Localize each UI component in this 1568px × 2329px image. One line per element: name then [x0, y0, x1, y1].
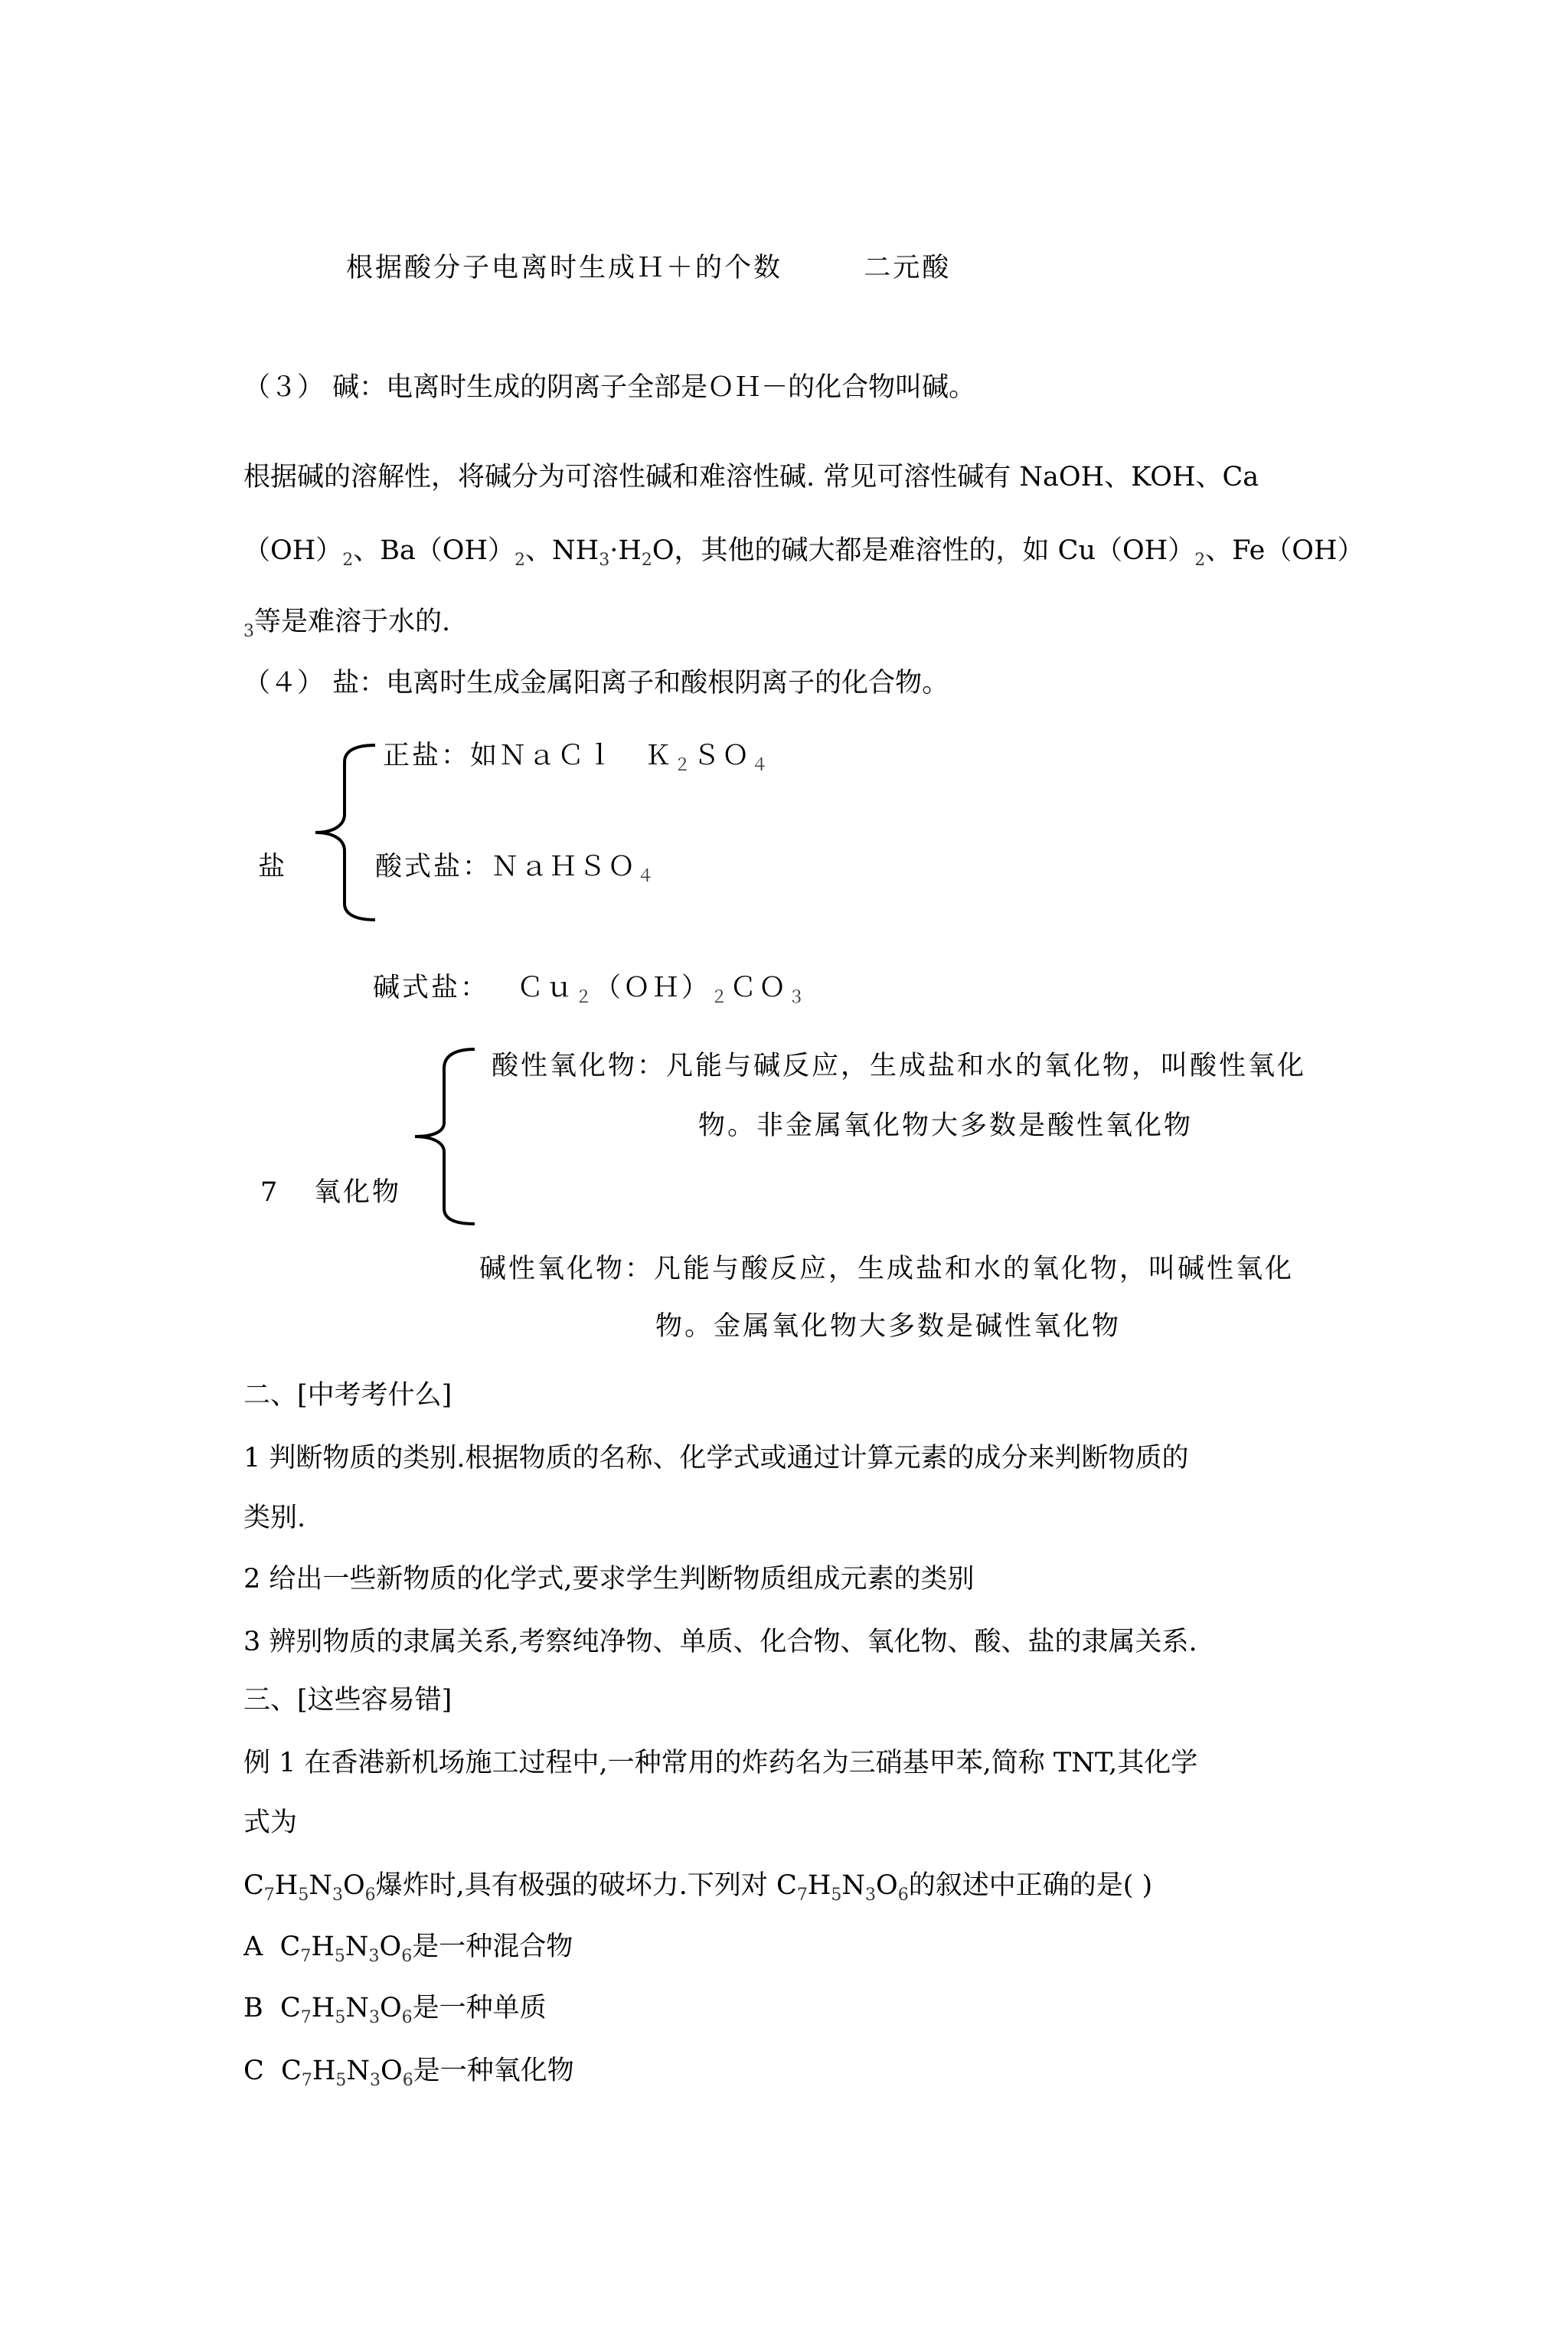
formula-text: ＣＯ	[730, 973, 788, 1003]
formula-tnt: C7H5N3O6	[280, 1993, 413, 2023]
normal-salt-label: 正盐：如	[383, 741, 499, 771]
oxide-number: 7	[260, 1176, 277, 1209]
salt-brace-icon	[291, 735, 383, 934]
option-text: 是一种氧化物	[413, 2056, 574, 2086]
base-para-line-1: 根据碱的溶解性，将碱分为可溶性碱和难溶性碱. 常见可溶性碱有 NaOH、KOH、…	[243, 460, 1259, 494]
formula-text: Ｋ	[645, 741, 674, 771]
formula-tnt: C7H5N3O6	[243, 1870, 376, 1901]
text-segment: 、NH	[525, 535, 599, 566]
formula-tnt: C7H5N3O6	[776, 1870, 909, 1901]
text-segment: （OH）	[243, 535, 342, 566]
option-text: 是一种单质	[413, 1993, 547, 2023]
text-segment: 、Ba（OH）	[353, 535, 514, 566]
subscript: ３	[788, 988, 807, 1007]
section-3-title: 三、[这些容易错]	[243, 1683, 452, 1717]
base-para-line-2: （OH）2、Ba（OH）2、NH3·H2O，其他的碱大都是难溶性的，如 Cu（O…	[243, 534, 1364, 568]
subscript: ２	[575, 988, 594, 1007]
base-definition: （３） 碱：电离时生成的阴离子全部是ＯＨ－的化合物叫碱。	[243, 371, 975, 404]
oxide-root-label: 氧化物	[314, 1176, 401, 1209]
salt-root-label: 盐	[258, 850, 285, 884]
option-b: B C7H5N3O6是一种单质	[243, 1991, 547, 2025]
acid-salt-label: 酸式盐：	[375, 852, 492, 882]
subscript: 2	[514, 551, 525, 570]
acid-classification-line: 根据酸分子电离时生成Ｈ＋的个数 二元酸	[346, 251, 951, 285]
example-1-line-b: 式为	[243, 1806, 297, 1840]
subscript: 2	[342, 551, 353, 570]
subscript: ２	[710, 988, 730, 1007]
section-2-item-1b: 类别.	[243, 1501, 305, 1535]
option-c: C C7H5N3O6是一种氧化物	[243, 2054, 574, 2088]
text-segment: ·H	[609, 535, 642, 566]
subscript: ４	[637, 867, 656, 886]
example-1-line-a: 例 1 在香港新机场施工过程中,一种常用的炸药名为三硝基甲苯,简称 TNT,其化…	[243, 1746, 1197, 1780]
formula-text: （ＯＨ）	[594, 973, 710, 1003]
section-2-item-1a: 1 判断物质的类别.根据物质的名称、化学式或通过计算元素的成分来判断物质的	[243, 1441, 1189, 1475]
acidic-oxide-line-2: 物。非金属氧化物大多数是酸性氧化物	[698, 1109, 1193, 1143]
option-letter: C	[243, 2056, 264, 2086]
subscript: ４	[751, 756, 770, 775]
formula-tnt: C7H5N3O6	[280, 1932, 413, 1962]
text-segment: 的叙述中正确的是( )	[909, 1870, 1152, 1901]
section-2-title: 二、[中考考什么]	[243, 1379, 452, 1412]
acid-criterion-text: 根据酸分子电离时生成Ｈ＋的个数	[346, 253, 782, 283]
formula-tnt: C7H5N3O6	[281, 2056, 413, 2086]
section-2-item-2: 2 给出一些新物质的化学式,要求学生判断物质组成元素的类别	[243, 1562, 975, 1596]
subscript: 2	[642, 551, 652, 570]
text-segment: 爆炸时,具有极强的破坏力.下列对	[376, 1870, 768, 1901]
text-segment: O，其他的碱大都是难溶性的，如 Cu（OH）	[652, 535, 1194, 566]
acidic-oxide-line-1: 酸性氧化物：凡能与碱反应，生成盐和水的氧化物，叫酸性氧化	[492, 1049, 1306, 1083]
normal-salt-line: 正盐：如ＮａＣｌＫ２ＳＯ４	[383, 739, 770, 773]
text-segment: 、Fe（OH）	[1205, 535, 1364, 566]
option-letter: B	[243, 1993, 263, 2023]
formula-text: ＳＯ	[693, 741, 751, 771]
acid-salt-line: 酸式盐：ＮａＨＳＯ４	[375, 850, 656, 884]
subscript: ２	[674, 756, 693, 775]
basic-oxide-line-1: 碱性氧化物：凡能与酸反应，生成盐和水的氧化物，叫碱性氧化	[479, 1252, 1294, 1286]
formula-nacl: ＮａＣｌ	[499, 741, 616, 771]
subscript: 2	[1194, 551, 1205, 570]
text-segment: 等是难溶于水的.	[254, 607, 450, 637]
option-letter: A	[243, 1932, 263, 1962]
option-text: 是一种混合物	[412, 1932, 573, 1962]
base-para-line-3: 3等是难溶于水的.	[243, 605, 450, 639]
oxide-brace-icon	[390, 1042, 482, 1241]
basic-oxide-line-2: 物。金属氧化物大多数是碱性氧化物	[655, 1310, 1121, 1343]
formula-text: Ｃｕ	[517, 973, 575, 1003]
basic-salt-label: 碱式盐：	[373, 973, 489, 1003]
basic-salt-line: 碱式盐：Ｃｕ２（ＯＨ）２ＣＯ３	[373, 971, 807, 1005]
formula-text: ＮａＨＳＯ	[492, 852, 637, 882]
acid-type-text: 二元酸	[864, 253, 951, 283]
example-1-line-c: C7H5N3O6爆炸时,具有极强的破坏力.下列对 C7H5N3O6的叙述中正确的…	[243, 1869, 1152, 1902]
subscript: 3	[599, 551, 609, 570]
option-a: A C7H5N3O6是一种混合物	[243, 1930, 573, 1964]
salt-definition: （４） 盐：电离时生成金属阳离子和酸根阴离子的化合物。	[243, 666, 949, 700]
section-2-item-3: 3 辨别物质的隶属关系,考察纯净物、单质、化合物、氧化物、酸、盐的隶属关系.	[243, 1625, 1197, 1659]
subscript: 3	[243, 622, 254, 641]
